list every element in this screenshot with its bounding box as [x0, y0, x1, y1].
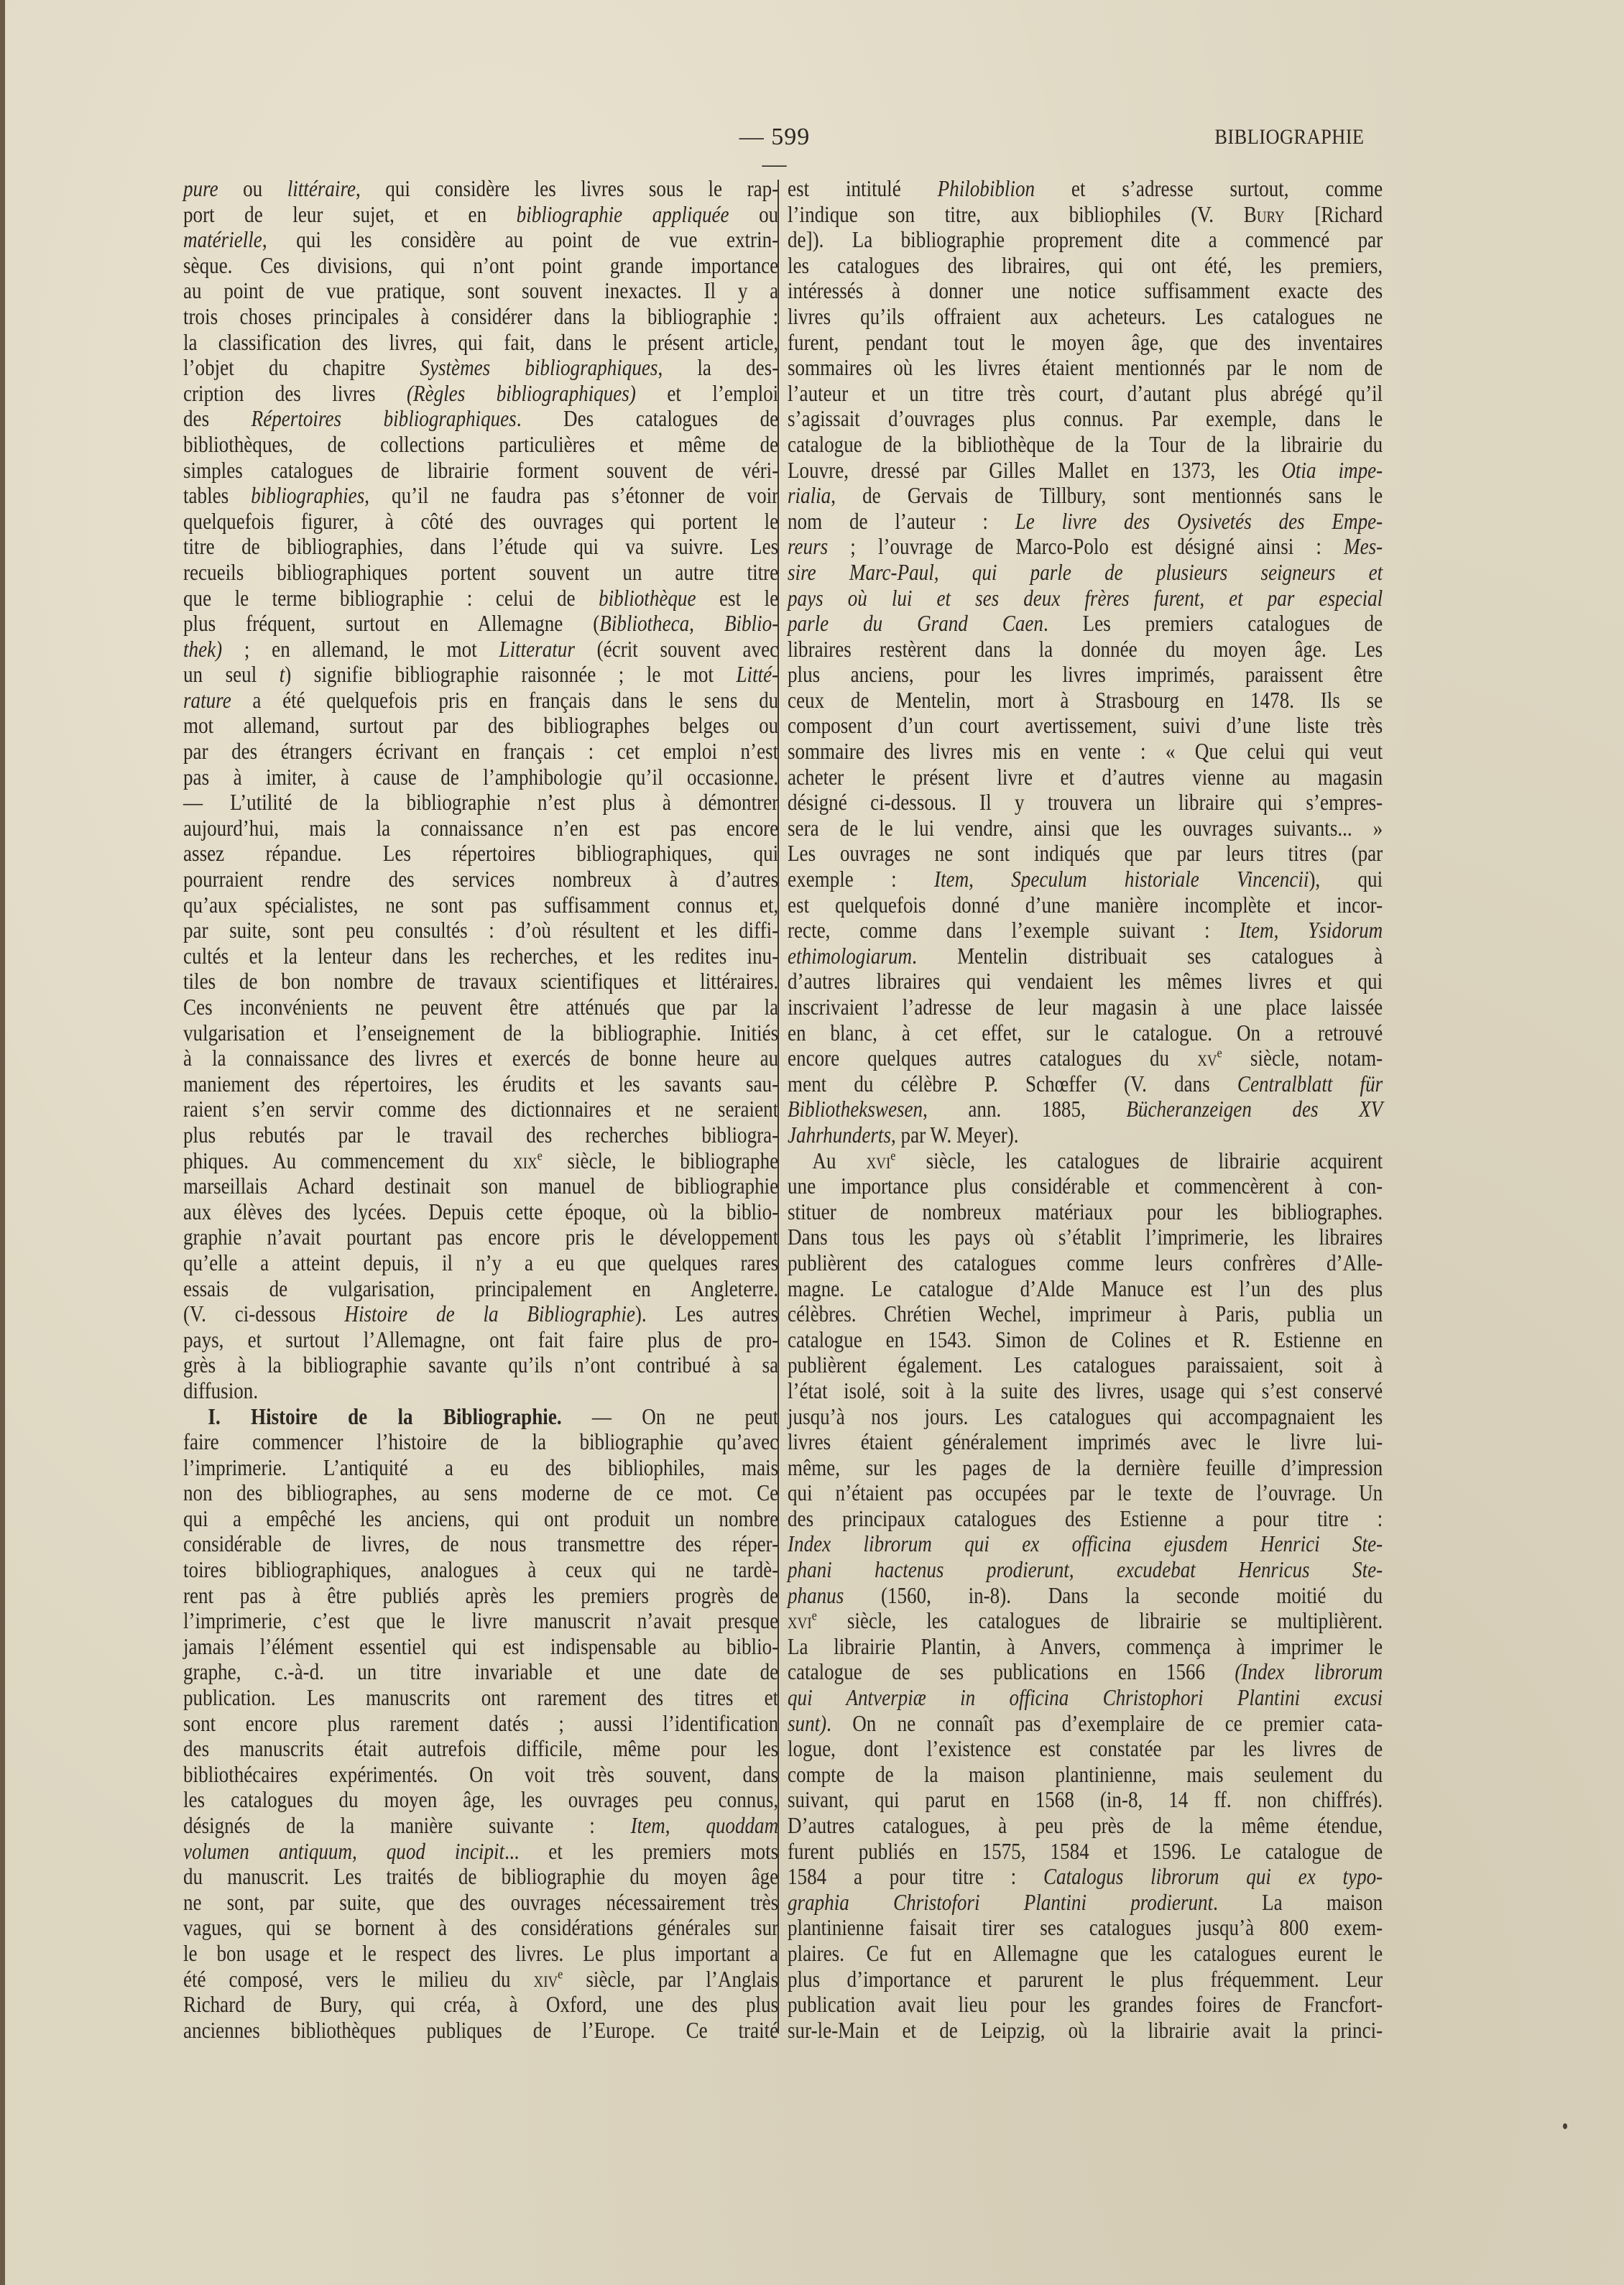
- text-segment: Item, quoddam: [631, 1813, 779, 1838]
- text-line: maniement des répertoires, les érudits e…: [183, 1071, 778, 1097]
- text-segment: (Règles bibliographiques): [407, 381, 636, 406]
- text-segment: s’agissait d’ouvrages plus connus. Par e…: [788, 406, 1383, 431]
- text-line: en blanc, à cet effet, sur le catalogue.…: [788, 1020, 1383, 1046]
- text-segment: même, sur les pages de la dernière feuil…: [788, 1455, 1383, 1480]
- text-segment: pure: [183, 176, 218, 201]
- text-line: est intitulé Philobiblion et s’adresse s…: [788, 176, 1383, 202]
- text-segment: Répertoires bibliographiques: [252, 406, 517, 431]
- text-line: de]). La bibliographie proprement dite a…: [788, 227, 1383, 253]
- text-segment: Richard de Bury, qui créa, à Oxford, une…: [183, 1992, 778, 2017]
- text-line: bibliothèques, de collections particuliè…: [183, 432, 778, 458]
- text-line: à la connaissance des livres et exercés …: [183, 1045, 778, 1071]
- text-line: phanus (1560, in-8). Dans la seconde moi…: [788, 1583, 1383, 1609]
- text-segment: diffusion.: [183, 1378, 258, 1403]
- text-segment: publication. Les manuscrits ont rarement…: [183, 1685, 778, 1710]
- text-segment: . Mentelin distribuait ses catalogues à: [912, 943, 1383, 969]
- text-segment: publication avait lieu pour les grandes …: [788, 1992, 1383, 2017]
- text-segment: Bibliothekswesen: [788, 1097, 923, 1122]
- text-segment: assez répandue. Les répertoires bibliogr…: [183, 841, 778, 866]
- text-segment: un seul: [183, 662, 280, 687]
- text-column-right: est intitulé Philobiblion et s’adresse s…: [788, 176, 1383, 2043]
- text-line: exemple : Item, Speculum historiale Vinc…: [788, 867, 1383, 892]
- text-segment: phani hactenus prodierunt, excudebat Hen…: [788, 1557, 1383, 1582]
- text-segment: [Richard: [1285, 202, 1383, 227]
- text-segment: suivant, qui parut en 1568 (in-8, 14 ff.…: [788, 1787, 1383, 1812]
- text-segment: Litteratur: [499, 637, 575, 662]
- text-segment: cription des livres: [183, 381, 407, 406]
- section-heading: I. Histoire de la Bibliographie.: [208, 1404, 561, 1429]
- text-line: du manuscrit. Les traités de bibliograph…: [183, 1864, 778, 1890]
- running-title: BIBLIOGRAPHIE: [1214, 125, 1364, 149]
- text-segment: siècle, le bibliographe: [543, 1148, 778, 1173]
- text-line: une importance plus considérable et comm…: [788, 1173, 1383, 1199]
- text-segment: une importance plus considérable et comm…: [788, 1173, 1383, 1199]
- text-segment: catalogue en 1543. Simon de Colines et R…: [788, 1327, 1383, 1352]
- text-segment: considérable de livres, de nous transmet…: [183, 1531, 778, 1556]
- text-segment: furent publiés en 1575, 1584 et 1596. Le…: [788, 1839, 1383, 1864]
- text-segment: xiv: [534, 1967, 558, 1992]
- text-line: Index librorum qui ex officina ejusdem H…: [788, 1531, 1383, 1557]
- text-segment: , qui les considère au point de vue extr…: [262, 227, 778, 252]
- text-line: (V. ci-dessous Histoire de la Bibliograp…: [183, 1301, 778, 1327]
- text-segment: Index librorum qui ex officina ejusdem H…: [788, 1531, 1383, 1556]
- text-segment: inscrivaient l’adresse de leur magasin à…: [788, 994, 1383, 1020]
- text-line: l’imprimerie. L’antiquité a eu des bibli…: [183, 1455, 778, 1481]
- text-line: recte, comme dans l’exemple suivant : It…: [788, 918, 1383, 943]
- text-segment: plus anciens, pour les livres imprimés, …: [788, 662, 1383, 687]
- text-segment: qu’aux spécialistes, ne sont pas suffisa…: [183, 892, 778, 918]
- text-segment: sommaires où les livres étaient mentionn…: [788, 355, 1383, 380]
- text-line: diffusion.: [183, 1378, 778, 1404]
- text-segment: . La maison: [1213, 1890, 1383, 1915]
- text-line: I. Histoire de la Bibliographie. — On ne…: [183, 1404, 778, 1430]
- text-line: pays, et surtout l’Allemagne, ont fait f…: [183, 1327, 778, 1353]
- text-segment: Bury: [1244, 202, 1285, 227]
- text-segment: ... et les premiers mots: [504, 1839, 778, 1864]
- text-segment: livres étaient généralement imprimés ave…: [788, 1429, 1383, 1454]
- text-line: parle du Grand Caen. Les premiers catalo…: [788, 611, 1383, 637]
- text-line: graphie n’avait pourtant pas encore pris…: [183, 1224, 778, 1250]
- text-segment: pays, et surtout l’Allemagne, ont fait f…: [183, 1327, 778, 1352]
- text-line: qui a empêché les anciens, qui ont produ…: [183, 1506, 778, 1532]
- text-line: volumen antiquum, quod incipit... et les…: [183, 1839, 778, 1865]
- text-line: est quelquefois donné d’une manière inco…: [788, 892, 1383, 918]
- text-segment: Au: [812, 1148, 866, 1173]
- text-segment: anciennes bibliothèques publiques de l’E…: [183, 2018, 778, 2043]
- text-segment: qui Antverpiæ in officina Christophori P…: [788, 1685, 1383, 1710]
- text-line: pure ou littéraire, qui considère les li…: [183, 176, 778, 202]
- text-segment: est intitulé: [788, 176, 938, 201]
- text-segment: (Index librorum: [1235, 1659, 1383, 1684]
- text-segment: Jahrhunderts: [788, 1122, 891, 1148]
- text-segment: acheter le présent livre et d’autres vie…: [788, 765, 1383, 790]
- text-line: l’objet du chapitre Systèmes bibliograph…: [183, 355, 778, 381]
- text-segment: , de Gervais de Tillbury, sont mentionné…: [831, 483, 1383, 508]
- text-line: plantinienne faisait tirer ses catalogue…: [788, 1915, 1383, 1941]
- text-segment: aujourd’hui, mais la connaissance n’en e…: [183, 816, 778, 841]
- text-segment: sire Marc-Paul, qui parle de plusieurs s…: [788, 560, 1383, 585]
- text-segment: par suite, sont peu consultés : d’où rés…: [183, 918, 778, 943]
- text-line: sommaire des livres mis en vente : « Que…: [788, 739, 1383, 765]
- text-segment: ). Les autres: [635, 1301, 778, 1326]
- text-segment: mot allemand, surtout par des bibliograp…: [183, 713, 778, 738]
- text-line: tables bibliographies, qu’il ne faudra p…: [183, 483, 778, 509]
- text-line: vulgarisation et l’enseignement de la bi…: [183, 1020, 778, 1046]
- text-segment: Ces inconvénients ne peuvent être atténu…: [183, 994, 778, 1020]
- text-segment: catalogue de ses publications en 1566: [788, 1659, 1235, 1684]
- text-segment: plaires. Ce fut en Allemagne que les cat…: [788, 1941, 1383, 1966]
- text-line: plus fréquent, surtout en Allemagne (Bib…: [183, 611, 778, 637]
- text-segment: l’indique son titre, aux bibliophiles (V…: [788, 202, 1244, 227]
- text-line: — L’utilité de la bibliographie n’est pl…: [183, 790, 778, 816]
- text-line: acheter le présent livre et d’autres vie…: [788, 765, 1383, 790]
- text-segment: Otia impe-: [1281, 458, 1383, 483]
- text-line: Au xvie siècle, les catalogues de librai…: [788, 1148, 1383, 1174]
- text-line: furent, pendant tout le moyen âge, que d…: [788, 330, 1383, 356]
- text-segment: composent d’un court avertissement, suiv…: [788, 713, 1383, 738]
- text-line: sommaires où les livres étaient mentionn…: [788, 355, 1383, 381]
- text-segment: xv: [1197, 1045, 1217, 1071]
- text-segment: rent pas à être publiés après les premie…: [183, 1583, 778, 1608]
- text-line: vagues, qui se bornent à des considérati…: [183, 1915, 778, 1941]
- text-segment: toires bibliographiques, analogues à ceu…: [183, 1557, 778, 1582]
- text-segment: été composé, vers le milieu du: [183, 1967, 534, 1992]
- text-line: composent d’un court avertissement, suiv…: [788, 713, 1383, 739]
- text-line: graphia Christofori Plantini prodierunt.…: [788, 1890, 1383, 1916]
- text-line: sire Marc-Paul, qui parle de plusieurs s…: [788, 560, 1383, 586]
- text-segment: Systèmes bibliographiques: [420, 355, 658, 380]
- text-segment: aux élèves des lycées. Depuis cette époq…: [183, 1199, 778, 1224]
- text-segment: siècle, les catalogues de librairie acqu…: [895, 1148, 1383, 1173]
- text-segment: vagues, qui se bornent à des considérati…: [183, 1915, 778, 1940]
- column-divider: [778, 180, 779, 2034]
- text-segment: et l’emploi: [636, 381, 778, 406]
- text-segment: 1584 a pour titre :: [788, 1864, 1043, 1889]
- text-segment: rature: [183, 688, 231, 713]
- text-segment: ethimologiarum: [788, 943, 912, 969]
- text-segment: siècle, les catalogues de librairie se m…: [817, 1608, 1383, 1633]
- text-line: ne sont, par suite, que des ouvrages néc…: [183, 1890, 778, 1916]
- text-line: logue, dont l’existence est constatée pa…: [788, 1736, 1383, 1762]
- text-line: livres étaient généralement imprimés ave…: [788, 1429, 1383, 1455]
- text-segment: Le livre des Oysivetés des Empe-: [1015, 509, 1383, 534]
- text-segment: ; l’ouvrage de Marco-Polo est désigné ai…: [828, 534, 1344, 559]
- text-line: aujourd’hui, mais la connaissance n’en e…: [183, 816, 778, 841]
- text-line: qu’aux spécialistes, ne sont pas suffisa…: [183, 892, 778, 918]
- text-segment: les catalogues du moyen âge, les ouvrage…: [183, 1787, 778, 1812]
- text-segment: , qu’il ne faudra pas s’étonner de voir: [364, 483, 778, 508]
- text-line: ceux de Mentelin, mort à Strasbourg en 1…: [788, 688, 1383, 714]
- text-line: stituer de nombreux matériaux pour les b…: [788, 1199, 1383, 1225]
- text-segment: ou: [218, 176, 287, 201]
- text-segment: Bibliotheca, Biblio-: [599, 611, 778, 636]
- text-segment: cultés et la lenteur dans les recherches…: [183, 943, 778, 969]
- text-segment: libraires restèrent dans la donnée du mo…: [788, 637, 1383, 662]
- text-segment: qu’elle a atteint depuis, il n’y a eu qu…: [183, 1250, 778, 1275]
- text-segment: (1560, in-8). Dans la seconde moitié du: [844, 1583, 1383, 1608]
- text-segment: publièrent des catalogues comme leurs co…: [788, 1250, 1383, 1275]
- text-segment: maniement des répertoires, les érudits e…: [183, 1071, 778, 1097]
- text-line: les catalogues du moyen âge, les ouvrage…: [183, 1787, 778, 1813]
- text-line: qui Antverpiæ in officina Christophori P…: [788, 1685, 1383, 1711]
- text-line: magne. Le catalogue d’Alde Manuce est l’…: [788, 1276, 1383, 1302]
- text-line: des manuscrits était autrefois difficile…: [183, 1736, 778, 1762]
- text-segment: Item, Ysidorum: [1239, 918, 1383, 943]
- text-segment: e: [890, 1148, 895, 1163]
- text-segment: bibliographie appliquée: [517, 202, 729, 227]
- text-line: tiles de bon nombre de travaux scientifi…: [183, 969, 778, 994]
- text-line: sont encore plus rarement datés ; aussi …: [183, 1711, 778, 1737]
- text-segment: publièrent également. Les catalogues par…: [788, 1352, 1383, 1377]
- text-segment: exemple :: [788, 867, 934, 892]
- text-segment: au point de vue pratique, sont souvent i…: [183, 278, 778, 303]
- text-segment: bibliothécaires expérimentés. On voit tr…: [183, 1762, 778, 1787]
- text-segment: pourraient rendre des services nombreux …: [183, 867, 778, 892]
- text-segment: sommaire des livres mis en vente : « Que…: [788, 739, 1383, 764]
- text-line: Jahrhunderts, par W. Meyer).: [788, 1122, 1383, 1148]
- text-segment: recte, comme dans l’exemple suivant :: [788, 918, 1239, 943]
- page-number: — 599 —: [724, 124, 825, 178]
- text-line: jusqu’à nos jours. Les catalogues qui ac…: [788, 1404, 1383, 1430]
- text-segment: l’auteur et un titre très court, d’autan…: [788, 381, 1383, 406]
- text-line: toires bibliographiques, analogues à ceu…: [183, 1557, 778, 1583]
- text-line: mot allemand, surtout par des bibliograp…: [183, 713, 778, 739]
- text-line: désigné ci-dessous. Il y trouvera un lib…: [788, 790, 1383, 816]
- text-line: marseillais Achard destinait son manuel …: [183, 1173, 778, 1199]
- text-segment: est quelquefois donné d’une manière inco…: [788, 892, 1383, 918]
- text-line: xvie siècle, les catalogues de librairie…: [788, 1608, 1383, 1634]
- text-line: publication. Les manuscrits ont rarement…: [183, 1685, 778, 1711]
- text-segment: tiles de bon nombre de travaux scientifi…: [183, 969, 778, 994]
- text-line: un seul t) signifie bibliographie raison…: [183, 662, 778, 688]
- text-line: ment du célèbre P. Schœffer (V. dans Cen…: [788, 1071, 1383, 1097]
- text-line: recueils bibliographiques portent souven…: [183, 560, 778, 586]
- text-line: des Répertoires bibliographiques. Des ca…: [183, 406, 778, 432]
- text-segment: . Les premiers catalogues de: [1043, 611, 1383, 636]
- text-segment: bibliothèque: [599, 586, 696, 611]
- text-segment: littéraire: [287, 176, 356, 201]
- text-line: compte de la maison plantinienne, mais s…: [788, 1762, 1383, 1788]
- text-segment: désigné ci-dessous. Il y trouvera un lib…: [788, 790, 1383, 815]
- text-segment: Histoire de la Bibliographie: [344, 1301, 635, 1326]
- text-line: graphe, c.-à-d. un titre invariable et u…: [183, 1659, 778, 1685]
- text-segment: D’autres catalogues, à peu près de la mê…: [788, 1813, 1383, 1838]
- text-segment: sunt): [788, 1711, 826, 1736]
- text-segment: Mes-: [1344, 534, 1383, 559]
- text-segment: phiques. Au commencement du: [183, 1148, 513, 1173]
- text-segment: intéressés à donner une notice suffisamm…: [788, 278, 1383, 303]
- text-segment: sera de le lui vendre, ainsi que les ouv…: [788, 816, 1383, 841]
- text-line: sur-le-Main et de Leipzig, où la librair…: [788, 2018, 1383, 2044]
- text-line: 1584 a pour titre : Catalogus librorum q…: [788, 1864, 1383, 1890]
- text-line: même, sur les pages de la dernière feuil…: [788, 1455, 1383, 1481]
- text-segment: nom de l’auteur :: [788, 509, 1015, 534]
- text-segment: graphia Christofori Plantini prodierunt: [788, 1890, 1213, 1915]
- text-segment: siècle, notam-: [1222, 1045, 1383, 1071]
- text-line: bibliothécaires expérimentés. On voit tr…: [183, 1762, 778, 1788]
- text-line: livres qu’ils offraient aux acheteurs. L…: [788, 304, 1383, 330]
- text-line: d’autres libraires qui vendaient les mêm…: [788, 969, 1383, 994]
- text-segment: , par W. Meyer).: [891, 1122, 1019, 1148]
- text-line: publication avait lieu pour les grandes …: [788, 1992, 1383, 2018]
- text-line: aux élèves des lycées. Depuis cette époq…: [183, 1199, 778, 1225]
- text-segment: ) signifie bibliographie raisonnée ; le …: [285, 662, 736, 687]
- text-segment: xvi: [788, 1608, 812, 1633]
- text-column-left: pure ou littéraire, qui considère les li…: [183, 176, 778, 2043]
- text-segment: en blanc, à cet effet, sur le catalogue.…: [788, 1020, 1383, 1045]
- text-segment: logue, dont l’existence est constatée pa…: [788, 1736, 1383, 1761]
- text-segment: — On ne peut: [562, 1404, 779, 1429]
- text-segment: stituer de nombreux matériaux pour les b…: [788, 1199, 1383, 1224]
- text-line: pays où lui et ses deux frères furent, e…: [788, 586, 1383, 611]
- text-line: matérielle, qui les considère au point d…: [183, 227, 778, 253]
- text-line: au point de vue pratique, sont souvent i…: [183, 278, 778, 304]
- text-segment: l’objet du chapitre: [183, 355, 420, 380]
- text-line: assez répandue. Les répertoires bibliogr…: [183, 841, 778, 867]
- text-segment: l’état isolé, soit à la suite des livres…: [788, 1378, 1383, 1403]
- text-segment: jusqu’à nos jours. Les catalogues qui ac…: [788, 1404, 1383, 1429]
- text-segment: a été quelquefois pris en français dans …: [231, 688, 778, 713]
- text-line: publièrent des catalogues comme leurs co…: [788, 1250, 1383, 1276]
- text-segment: raient s’en servir comme des dictionnair…: [183, 1097, 778, 1122]
- text-segment: ; en allemand, le mot: [222, 637, 499, 662]
- text-line: cultés et la lenteur dans les recherches…: [183, 943, 778, 969]
- text-segment: quelquefois figurer, à côté des ouvrages…: [183, 509, 778, 534]
- text-line: catalogue de ses publications en 1566 (I…: [788, 1659, 1383, 1685]
- text-segment: thek): [183, 637, 222, 662]
- text-line: des principaux catalogues des Estienne a…: [788, 1506, 1383, 1532]
- text-segment: de]). La bibliographie proprement dite a…: [788, 227, 1383, 252]
- text-line: cription des livres (Règles bibliographi…: [183, 381, 778, 407]
- text-line: la classification des livres, qui fait, …: [183, 330, 778, 356]
- text-line: le bon usage et le respect des livres. L…: [183, 1941, 778, 1967]
- text-segment: l’imprimerie, c’est que le livre manuscr…: [183, 1608, 778, 1633]
- text-line: rent pas à être publiés après les premie…: [183, 1583, 778, 1609]
- text-line: été composé, vers le milieu du xive sièc…: [183, 1967, 778, 1993]
- text-segment: graphie n’avait pourtant pas encore pris…: [183, 1224, 778, 1250]
- text-segment: que le terme bibliographie : celui de: [183, 586, 599, 611]
- text-line: rialia, de Gervais de Tillbury, sont men…: [788, 483, 1383, 509]
- text-segment: Louvre, dressé par Gilles Mallet en 1373…: [788, 458, 1281, 483]
- text-segment: . On ne connaît pas d’exemplaire de ce p…: [826, 1711, 1383, 1736]
- text-line: plus d’importance et parurent le plus fr…: [788, 1967, 1383, 1993]
- text-segment: graphe, c.-à-d. un titre invariable et u…: [183, 1659, 778, 1684]
- text-segment: parle du Grand Caen: [788, 611, 1043, 636]
- text-segment: Les ouvrages ne sont indiqués que par le…: [788, 841, 1383, 866]
- text-line: considérable de livres, de nous transmet…: [183, 1531, 778, 1557]
- text-segment: l’imprimerie. L’antiquité a eu des bibli…: [183, 1455, 778, 1480]
- text-segment: tables: [183, 483, 251, 508]
- text-segment: non des bibliographes, au sens moderne d…: [183, 1480, 778, 1505]
- text-segment: les catalogues des libraires, qui ont ét…: [788, 253, 1383, 278]
- text-segment: désignés de la manière suivante :: [183, 1813, 631, 1838]
- text-segment: rialia: [788, 483, 831, 508]
- text-segment: xvi: [867, 1148, 891, 1173]
- text-segment: La librairie Plantin, à Anvers, commença…: [788, 1634, 1383, 1659]
- text-line: par suite, sont peu consultés : d’où rés…: [183, 918, 778, 943]
- text-line: D’autres catalogues, à peu près de la mê…: [788, 1813, 1383, 1839]
- text-segment: livres qu’ils offraient aux acheteurs. L…: [788, 304, 1383, 329]
- text-line: plaires. Ce fut en Allemagne que les cat…: [788, 1941, 1383, 1967]
- text-line: Ces inconvénients ne peuvent être atténu…: [183, 994, 778, 1020]
- text-line: Dans tous les pays où s’établit l’imprim…: [788, 1224, 1383, 1250]
- text-segment: e: [812, 1609, 817, 1624]
- text-line: suivant, qui parut en 1568 (in-8, 14 ff.…: [788, 1787, 1383, 1813]
- text-line: phiques. Au commencement du xixe siècle,…: [183, 1148, 778, 1174]
- text-line: célèbres. Chrétien Wechel, imprimeur à P…: [788, 1301, 1383, 1327]
- text-line: plus rebutés par le travail des recherch…: [183, 1122, 778, 1148]
- text-line: non des bibliographes, au sens moderne d…: [183, 1480, 778, 1506]
- text-segment: furent, pendant tout le moyen âge, que d…: [788, 330, 1383, 355]
- text-line: Les ouvrages ne sont indiqués que par le…: [788, 841, 1383, 867]
- text-segment: . Des catalogues de: [517, 406, 778, 431]
- text-segment: plus fréquent, surtout en Allemagne (: [183, 611, 599, 636]
- text-segment: trois choses principales à considérer da…: [183, 304, 778, 329]
- text-segment: matérielle: [183, 227, 262, 252]
- text-line: l’auteur et un titre très court, d’autan…: [788, 381, 1383, 407]
- text-segment: le bon usage et le respect des livres. L…: [183, 1941, 778, 1966]
- text-segment: titre de bibliographies, dans l’étude qu…: [183, 534, 778, 559]
- text-segment: est le: [696, 586, 779, 611]
- text-line: Richard de Bury, qui créa, à Oxford, une…: [183, 1992, 778, 2018]
- text-segment: plantinienne faisait tirer ses catalogue…: [788, 1915, 1383, 1940]
- text-line: qui n’étaient pas occupées par le texte …: [788, 1480, 1383, 1506]
- text-line: désignés de la manière suivante : Item, …: [183, 1813, 778, 1839]
- text-segment: ), qui: [1309, 867, 1383, 892]
- text-segment: Bücheranzeigen des XV: [1126, 1097, 1383, 1122]
- text-segment: d’autres libraires qui vendaient les mêm…: [788, 969, 1383, 994]
- text-segment: catalogue de la bibliothèque de la Tour …: [788, 432, 1383, 457]
- text-segment: xix: [513, 1148, 538, 1173]
- text-segment: qui a empêché les anciens, qui ont produ…: [183, 1506, 778, 1531]
- text-segment: sur-le-Main et de Leipzig, où la librair…: [788, 2018, 1383, 2043]
- text-line: inscrivaient l’adresse de leur magasin à…: [788, 994, 1383, 1020]
- text-segment: (V. ci-dessous: [183, 1301, 344, 1326]
- text-segment: marseillais Achard destinait son manuel …: [183, 1173, 778, 1199]
- text-segment: volumen antiquum, quod incipit: [183, 1839, 504, 1864]
- text-line: plus anciens, pour les livres imprimés, …: [788, 662, 1383, 688]
- text-line: pas à imiter, à cause de l’amphibologie …: [183, 765, 778, 790]
- text-segment: sèque. Ces divisions, qui n’ont point gr…: [183, 253, 778, 278]
- text-line: l’imprimerie, c’est que le livre manuscr…: [183, 1608, 778, 1634]
- text-line: raient s’en servir comme des dictionnair…: [183, 1097, 778, 1122]
- text-segment: (écrit souvent avec: [575, 637, 778, 662]
- text-segment: plus rebutés par le travail des recherch…: [183, 1122, 778, 1148]
- text-segment: ne sont, par suite, que des ouvrages néc…: [183, 1890, 778, 1915]
- text-line: nom de l’auteur : Le livre des Oysivetés…: [788, 509, 1383, 535]
- text-segment: Catalogus librorum qui ex typo-: [1043, 1864, 1383, 1889]
- text-segment: par des étrangers écrivant en français :…: [183, 739, 778, 764]
- text-segment: sont encore plus rarement datés ; aussi …: [183, 1711, 778, 1736]
- text-line: furent publiés en 1575, 1584 et 1596. Le…: [788, 1839, 1383, 1865]
- text-segment: recueils bibliographiques portent souven…: [183, 560, 778, 585]
- text-segment: vulgarisation et l’enseignement de la bi…: [183, 1020, 778, 1045]
- text-segment: jamais l’élément essentiel qui est indis…: [183, 1634, 778, 1659]
- text-segment: , la des-: [658, 355, 778, 380]
- text-segment: essais de vulgarisation, principalement …: [183, 1276, 778, 1301]
- text-segment: du manuscrit. Les traités de bibliograph…: [183, 1864, 778, 1889]
- text-line: que le terme bibliographie : celui de bi…: [183, 586, 778, 611]
- text-line: sèque. Ces divisions, qui n’ont point gr…: [183, 253, 778, 279]
- text-line: ethimologiarum. Mentelin distribuait ses…: [788, 943, 1383, 969]
- text-segment: bibliographies: [251, 483, 364, 508]
- text-line: trois choses principales à considérer da…: [183, 304, 778, 330]
- text-segment: ou: [729, 202, 779, 227]
- text-line: rature a été quelquefois pris en françai…: [183, 688, 778, 714]
- text-segment: encore quelques autres catalogues du: [788, 1045, 1197, 1071]
- text-line: quelquefois figurer, à côté des ouvrages…: [183, 509, 778, 535]
- text-line: faire commencer l’histoire de la bibliog…: [183, 1429, 778, 1455]
